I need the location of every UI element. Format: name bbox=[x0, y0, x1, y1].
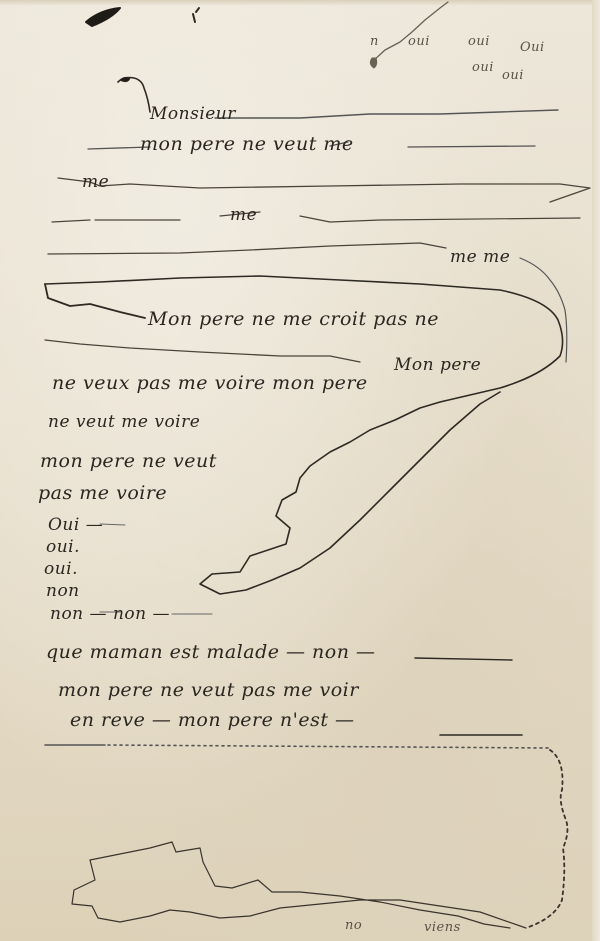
manuscript-line: pas me voire bbox=[38, 482, 167, 504]
manuscript-line: non bbox=[46, 581, 80, 601]
manuscript-line: me bbox=[82, 172, 109, 192]
manuscript-line: oui. bbox=[44, 559, 78, 579]
margin-note: oui bbox=[472, 60, 494, 75]
manuscript-line: oui. bbox=[46, 537, 80, 557]
manuscript-line: mon pere ne veut pas me voir bbox=[58, 679, 359, 701]
manuscript-page: n oui oui Oui oui oui Monsieur mon pere … bbox=[0, 0, 600, 941]
manuscript-line: Mon pere ne me croit pas ne bbox=[148, 308, 439, 330]
margin-note: oui bbox=[502, 68, 524, 83]
manuscript-line: mon pere ne veut bbox=[40, 450, 217, 472]
diagonal-stroke bbox=[372, 2, 448, 62]
ink-blot bbox=[86, 8, 120, 26]
dotted-rule-dots bbox=[108, 745, 550, 748]
ink-mark bbox=[193, 8, 199, 22]
lower-outline bbox=[72, 842, 526, 928]
manuscript-line: Oui — bbox=[48, 515, 103, 535]
salutation-hook bbox=[118, 78, 150, 113]
manuscript-line: non — non — bbox=[50, 604, 170, 624]
rule-line-1 bbox=[215, 110, 558, 118]
manuscript-line: ne veux pas me voire mon pere bbox=[52, 372, 368, 394]
manuscript-line: me bbox=[230, 205, 257, 225]
salutation: Monsieur bbox=[150, 104, 236, 124]
margin-note: oui bbox=[408, 34, 430, 49]
rule-line-4 bbox=[52, 212, 580, 222]
ink-smudge bbox=[370, 58, 376, 68]
loop-inner-line bbox=[45, 284, 145, 318]
manuscript-line: ne veut me voire bbox=[48, 412, 200, 432]
footer-word: viens bbox=[424, 920, 461, 935]
footer-word: no bbox=[345, 918, 362, 933]
manuscript-line: que maman est malade — non — bbox=[46, 641, 376, 663]
manuscript-line: mon pere ne veut me bbox=[140, 133, 354, 155]
manuscript-line: en reve — mon pere n'est — bbox=[70, 709, 355, 731]
manuscript-line: Mon pere bbox=[394, 355, 481, 375]
margin-note: n bbox=[370, 34, 379, 49]
rule-line-6 bbox=[45, 340, 360, 362]
margin-note: oui bbox=[468, 34, 490, 49]
rule-line-3 bbox=[58, 178, 590, 202]
margin-note: Oui bbox=[520, 40, 545, 55]
outer-contour bbox=[520, 258, 567, 362]
manuscript-line: me me bbox=[450, 247, 510, 267]
rule-line-5 bbox=[48, 243, 446, 254]
lower-right-contour bbox=[526, 750, 567, 928]
